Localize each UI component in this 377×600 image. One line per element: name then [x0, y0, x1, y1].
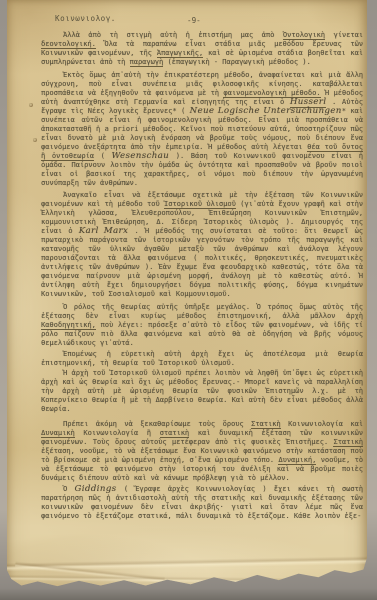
typed-text: (ἐπαγωγικὴ - Παραγωγικὴ μέθοδος ). [163, 58, 311, 66]
paragraph: Ὁ Giddings ( Ἔγραψε ἀρχὲς Κοινωνιολογίας… [41, 485, 363, 521]
typed-text: ( [94, 152, 111, 160]
underlined-term: Δυναμική, [278, 456, 316, 465]
document-title: Κοινωνιολογ. [55, 14, 116, 23]
underlined-term: Στατικὴ [333, 438, 363, 447]
underlined-term: Ἀπαγωγικῆς, [157, 49, 203, 58]
page-number: -9- [187, 16, 201, 25]
typed-text: Ἡ ἀρχὴ τοῦ Ἱστορικοῦ ὑλισμοῦ πρέπει λοιπ… [41, 369, 363, 413]
paper-crease [3, 572, 371, 586]
typewritten-text: Ἀλλὰ ἀπὸ τὴ στιγμὴ αὐτὴ ἡ ἐπιστήμη μας ἀ… [41, 31, 363, 521]
underlined-term: Δυναμικὴ [41, 429, 75, 438]
typed-text: Ὁ [63, 485, 74, 493]
underlined-term: δεοντολογική. [41, 40, 96, 49]
typed-text: γίνεται [325, 31, 363, 39]
handwritten-text: Neue Logische Untersuchungen [190, 106, 342, 116]
punch-hole [29, 103, 33, 107]
paper-crease [15, 559, 165, 584]
paragraph: Ἡ ἀρχὴ τοῦ Ἱστορικοῦ ὑλισμοῦ πρέπει λοιπ… [41, 369, 363, 414]
underlined-term: στατικὴ [160, 429, 190, 438]
paragraph: Ἀναγκαῖο εἶναι νὰ ἐξετάσωμε σχετικὰ μὲ τ… [41, 191, 363, 299]
underlined-term: Καθοδηγητική, [41, 321, 96, 330]
paragraph: Ὁ ρόλος τῆς θεωρίας αὐτῆς ὑπῆρξε μεγάλος… [41, 303, 363, 348]
typed-text: Ἀλλὰ ἀπὸ τὴ στιγμὴ αὐτὴ ἡ ἐπιστήμη μας ἀ… [63, 31, 283, 39]
document-page: Κοινωνιολογ. -9- Ἀλλὰ ἀπὸ τὴ στιγμὴ αὐτὴ… [7, 0, 367, 592]
handwritten-text: Giddings [74, 484, 116, 494]
typed-text: Ὁ ρόλος τῆς θεωρίας αὐτῆς ὑπῆρξε μεγάλος… [41, 303, 363, 320]
typed-text: Ἑπομένως ἡ εὑρετικὴ αὐτὴ ἀρχὴ ἔχει ὡς ἀπ… [41, 350, 363, 367]
underlined-term: Ἱστορικοῦ ὑλισμοῦ [164, 200, 236, 209]
underlined-term: παραγωγὴ [130, 58, 164, 67]
underlined-term: Στατικὴ [251, 420, 281, 429]
paragraph: Ἑπομένως ἡ εὑρετικὴ αὐτὴ ἀρχὴ ἔχει ὡς ἀπ… [41, 350, 363, 368]
typed-text: Πρέπει ἀκόμη νὰ ξεκαθαρίσωμε τοὺς ὅρους [63, 420, 251, 428]
paragraph: Πρέπει ἀκόμη νὰ ξεκαθαρίσωμε τοὺς ὅρους … [41, 420, 363, 483]
paragraph: Ἐκτὸς ὅμως ἀπ᾿αὐτὴ τὴν ἐπικρατέστερη μέθ… [41, 71, 363, 188]
punch-hole [33, 138, 37, 142]
paragraph: Ἀλλὰ ἀπὸ τὴ στιγμὴ αὐτὴ ἡ ἐπιστήμη μας ἀ… [41, 31, 363, 67]
page-header: Κοινωνιολογ. -9- [41, 14, 363, 26]
typed-text: Κοινωνιολογία καὶ [281, 420, 363, 428]
typed-text: . Ἡ μέθοδός της συνίσταται σὲ τοῦτο: ὅτι… [41, 227, 363, 298]
underlined-term: Ὀντολογικὴ [283, 31, 325, 40]
paper-crease [3, 552, 371, 573]
page-content: Κοινωνιολογ. -9- Ἀλλὰ ἀπὸ τὴ στιγμὴ αὐτὴ… [41, 14, 363, 521]
handwritten-text: Wesenschau [111, 151, 169, 161]
typed-text: Κοινωνιολογία ἢ [75, 429, 160, 437]
handwritten-text: Karl Marx [79, 226, 129, 236]
